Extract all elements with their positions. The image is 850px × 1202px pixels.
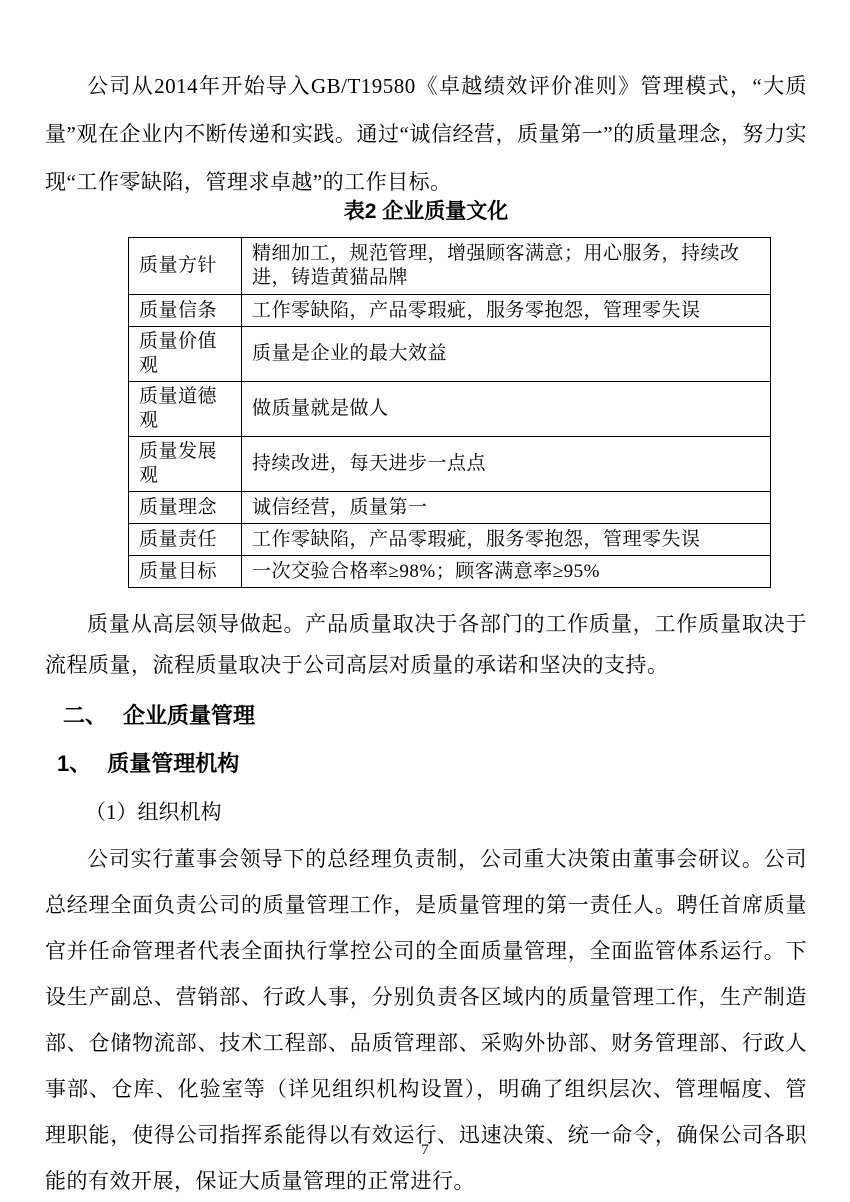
row-label: 质量道德观 [129,382,242,437]
row-value: 做质量就是做人 [242,382,771,437]
table-row: 质量价值观 质量是企业的最大效益 [129,327,771,382]
row-label: 质量理念 [129,492,242,524]
intro-paragraph: 公司从2014年开始导入GB/T19580《卓越绩效评价准则》管理模式，“大质量… [45,62,807,206]
page-number: 7 [0,1142,850,1159]
subsection-title: 质量管理机构 [107,751,239,776]
after-table-paragraph: 质量从高层领导做起。产品质量取决于各部门的工作质量，工作质量取决于流程质量，流程… [45,604,807,686]
item-heading: （1）组织机构 [45,788,807,836]
table-row: 质量发展观 持续改进，每天进步一点点 [129,437,771,492]
table-row: 质量方针 精细加工，规范管理，增强顾客满意；用心服务，持续改进，铸造黄猫品牌 [129,238,771,295]
row-label: 质量发展观 [129,437,242,492]
subsection-heading: 1、质量管理机构 [45,740,807,788]
row-label: 质量目标 [129,556,242,588]
table-row: 质量信条 工作零缺陷，产品零瑕疵，服务零抱怨，管理零失误 [129,295,771,327]
row-value: 工作零缺陷，产品零瑕疵，服务零抱怨，管理零失误 [242,524,771,556]
document-page: 公司从2014年开始导入GB/T19580《卓越绩效评价准则》管理模式，“大质量… [0,0,850,1202]
section-heading: 二、企业质量管理 [45,692,807,740]
row-label: 质量信条 [129,295,242,327]
subsection-number: 1、 [57,740,91,788]
table-row: 质量道德观 做质量就是做人 [129,382,771,437]
row-value: 持续改进，每天进步一点点 [242,437,771,492]
row-label: 质量价值观 [129,327,242,382]
row-value: 一次交验合格率≥98%；顾客满意率≥95% [242,556,771,588]
table-row: 质量理念 诚信经营，质量第一 [129,492,771,524]
row-value: 诚信经营，质量第一 [242,492,771,524]
quality-culture-table: 质量方针 精细加工，规范管理，增强顾客满意；用心服务，持续改进，铸造黄猫品牌 质… [128,237,771,588]
table-row: 质量目标 一次交验合格率≥98%；顾客满意率≥95% [129,556,771,588]
section-title: 企业质量管理 [123,703,255,728]
section-number: 二、 [63,692,107,740]
table-row: 质量责任 工作零缺陷，产品零瑕疵，服务零抱怨，管理零失误 [129,524,771,556]
row-value: 工作零缺陷，产品零瑕疵，服务零抱怨，管理零失误 [242,295,771,327]
row-value: 质量是企业的最大效益 [242,327,771,382]
row-value: 精细加工，规范管理，增强顾客满意；用心服务，持续改进，铸造黄猫品牌 [242,238,771,295]
row-label: 质量责任 [129,524,242,556]
row-label: 质量方针 [129,238,242,295]
